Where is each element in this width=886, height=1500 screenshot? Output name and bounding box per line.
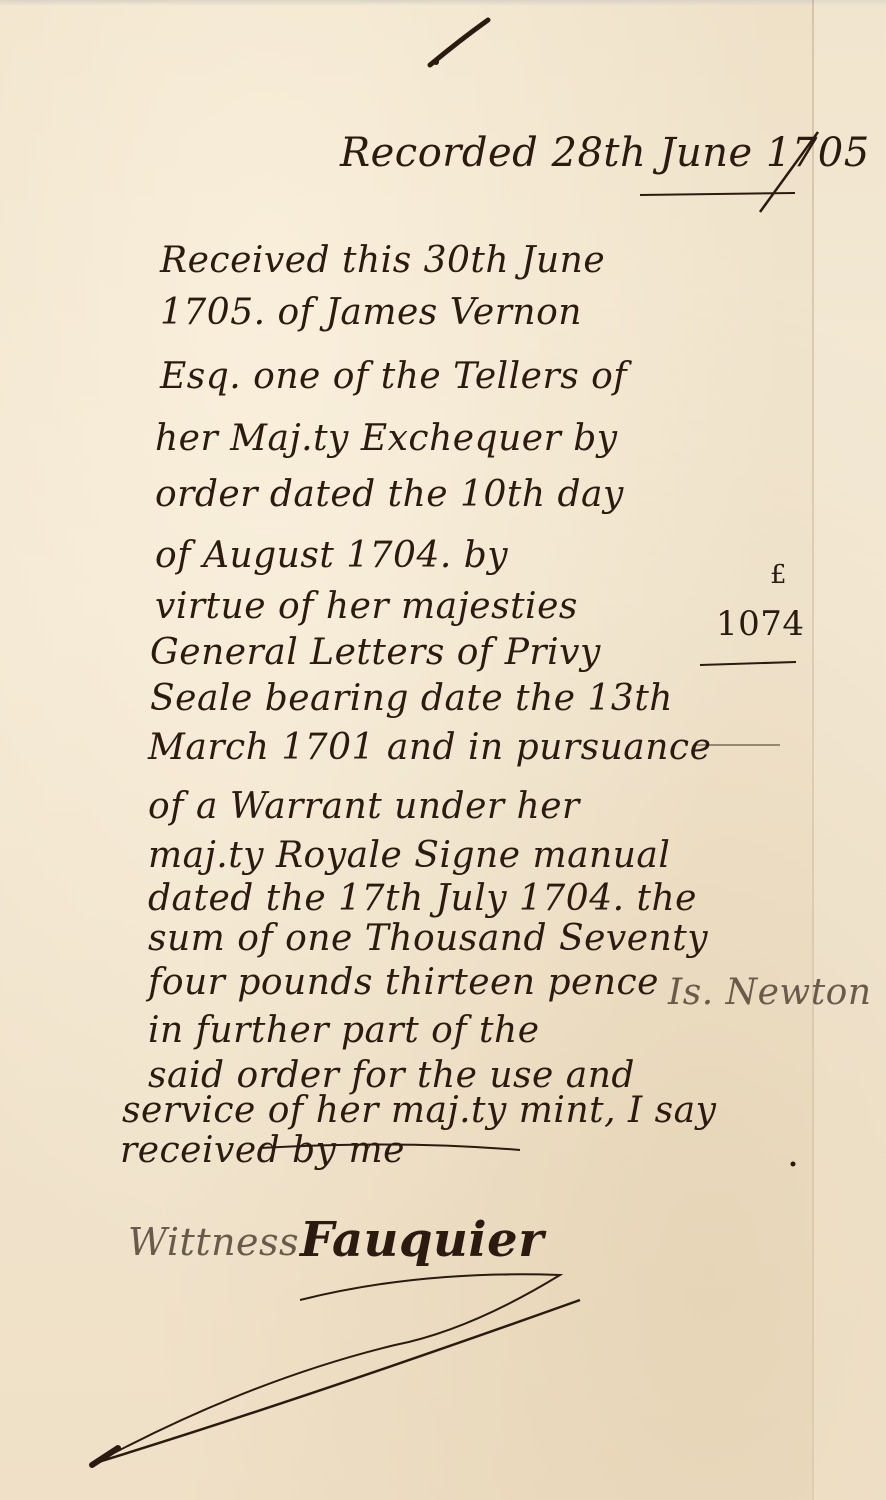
- body-line: four pounds thirteen pence: [148, 962, 659, 1003]
- witness-label: Wittness: [128, 1220, 299, 1264]
- body-line: of a Warrant under her: [148, 786, 580, 827]
- body-line: her Maj.ty Exchequer by: [155, 418, 618, 459]
- body-line: 1705. of James Vernon: [160, 292, 582, 333]
- body-line: received by me: [120, 1130, 405, 1171]
- body-line: General Letters of Privy: [150, 632, 601, 673]
- manuscript-page: Recorded 28th June 1705 Received this 30…: [0, 0, 886, 1500]
- body-line: sum of one Thousand Seventy: [148, 918, 708, 959]
- pound-sign-icon: £: [770, 560, 787, 590]
- body-line: March 1701 and in pursuance: [148, 727, 711, 768]
- body-line: maj.ty Royale Signe manual: [148, 835, 670, 876]
- body-line: in further part of the: [148, 1010, 540, 1051]
- margin-amount: 1074: [716, 604, 805, 644]
- recorded-date-line: Recorded 28th June 1705: [340, 130, 870, 176]
- newton-signature: Is. Newton: [668, 972, 872, 1013]
- body-line: Received this 30th June: [160, 240, 605, 281]
- body-line: order dated the 10th day: [155, 474, 624, 515]
- body-line: service of her maj.ty mint, I say: [122, 1090, 716, 1131]
- witness-signature: Fauquier: [300, 1212, 544, 1268]
- body-line: Esq. one of the Tellers of: [160, 356, 627, 397]
- body-line: dated the 17th July 1704. the: [148, 878, 697, 919]
- body-line: Seale bearing date the 13th: [150, 678, 673, 719]
- body-line: virtue of her majesties: [155, 586, 578, 627]
- body-line: of August 1704. by: [155, 535, 508, 576]
